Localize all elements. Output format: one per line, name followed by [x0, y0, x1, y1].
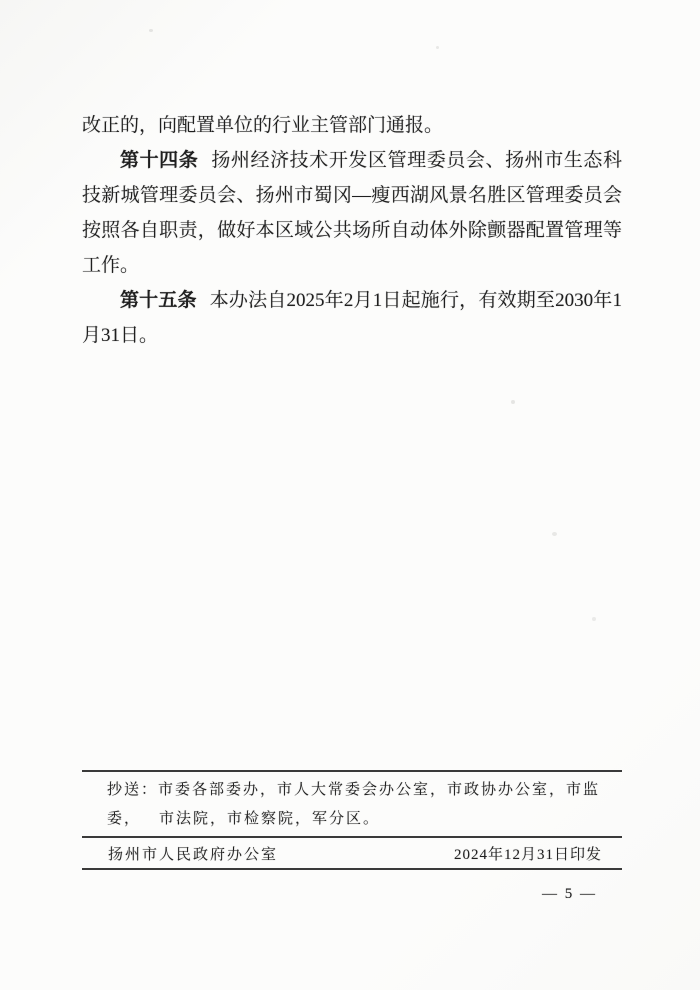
- article-14-line-3: 按照各自职责，做好本区域公共场所自动体外除颤器配置管理等: [82, 213, 622, 248]
- cc-block: 抄送：市委各部委办，市人大常委会办公室，市政协办公室，市监委， 市法院，市检察院…: [82, 772, 622, 836]
- article-15-label: 第十五条: [120, 290, 197, 311]
- scan-speck: [552, 532, 557, 536]
- scan-speck: [592, 617, 596, 621]
- article-14-text-1: 扬州经济技术开发区管理委员会、扬州市生态科: [211, 150, 622, 171]
- article-14-line-1: 第十四条扬州经济技术开发区管理委员会、扬州市生态科: [82, 143, 622, 178]
- scan-speck: [436, 46, 439, 49]
- cc-recipients-line-1: 抄送：市委各部委办，市人大常委会办公室，市政协办公室，市监委，: [107, 776, 622, 805]
- page-number: — 5 —: [542, 886, 597, 903]
- print-date: 2024年12月31日印发: [454, 843, 602, 864]
- scan-speck: [511, 400, 515, 404]
- document-page: 改正的，向配置单位的行业主管部门通报。 第十四条扬州经济技术开发区管理委员会、扬…: [0, 0, 700, 990]
- paragraph-continuation: 改正的，向配置单位的行业主管部门通报。: [82, 108, 622, 143]
- footer-divider-bottom: [82, 868, 622, 870]
- article-14-line-2: 技新城管理委员会、扬州市蜀冈—瘦西湖风景名胜区管理委员会: [82, 178, 622, 213]
- cc-label: 抄送：: [107, 782, 158, 798]
- article-14-line-4: 工作。: [82, 248, 622, 283]
- document-footer: 抄送：市委各部委办，市人大常委会办公室，市政协办公室，市监委， 市法院，市检察院…: [82, 770, 622, 870]
- issuing-office: 扬州市人民政府办公室: [108, 843, 278, 864]
- cc-recipients-line-2: 市法院，市检察院，军分区。: [107, 805, 622, 834]
- scan-speck: [149, 29, 153, 32]
- article-15-line-2: 月31日。: [82, 318, 622, 353]
- article-15-text-1: 本办法自2025年2月1日起施行，有效期至2030年1: [210, 290, 622, 311]
- article-14-label: 第十四条: [120, 150, 198, 171]
- document-body: 改正的，向配置单位的行业主管部门通报。 第十四条扬州经济技术开发区管理委员会、扬…: [82, 108, 622, 353]
- issuer-row: 扬州市人民政府办公室 2024年12月31日印发: [82, 838, 622, 868]
- article-15-line-1: 第十五条本办法自2025年2月1日起施行，有效期至2030年1: [82, 283, 622, 318]
